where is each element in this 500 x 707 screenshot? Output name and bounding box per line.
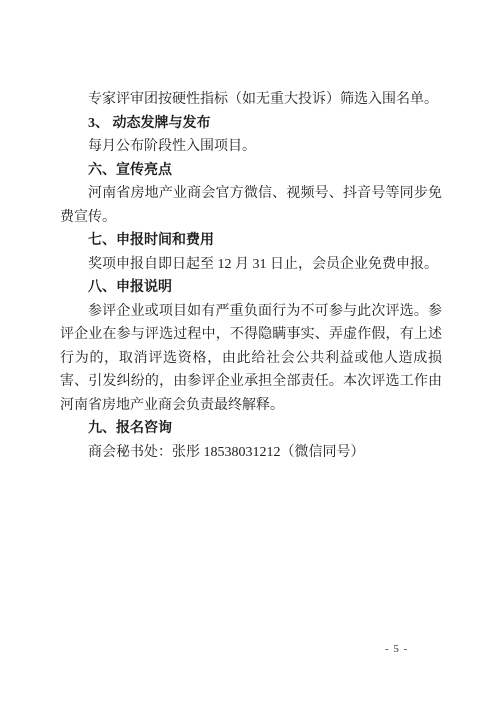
heading-section-7-time-and-fee: 七、申报时间和费用	[60, 229, 442, 253]
document-page: 专家评审团按硬性指标（如无重大投诉）筛选入围名单。 3、 动态发牌与发布 每月公…	[0, 0, 500, 707]
heading-section-6-publicity: 六、宣传亮点	[60, 159, 442, 183]
heading-section-9-registration-contact: 九、报名咨询	[60, 417, 442, 441]
paragraph-expert-screening: 专家评审团按硬性指标（如无重大投诉）筛选入围名单。	[60, 88, 442, 112]
paragraph-publicity-channels: 河南省房地产业商会官方微信、视频号、抖音号等同步免费宣传。	[60, 182, 442, 229]
paragraph-monthly-announcement: 每月公布阶段性入围项目。	[60, 135, 442, 159]
document-content: 专家评审团按硬性指标（如无重大投诉）筛选入围名单。 3、 动态发牌与发布 每月公…	[60, 88, 442, 464]
paragraph-application-rules: 参评企业或项目如有严重负面行为不可参与此次评选。参评企业在参与评选过程中，不得隐…	[60, 300, 442, 418]
paragraph-application-deadline: 奖项申报自即日起至 12 月 31 日止，会员企业免费申报。	[60, 253, 442, 277]
page-number: - 5 -	[385, 642, 408, 656]
paragraph-contact-info: 商会秘书处：张彤 18538031212（微信同号）	[60, 441, 442, 465]
heading-item-3-dynamic-release: 3、 动态发牌与发布	[60, 112, 442, 136]
heading-section-8-application-notes: 八、申报说明	[60, 276, 442, 300]
